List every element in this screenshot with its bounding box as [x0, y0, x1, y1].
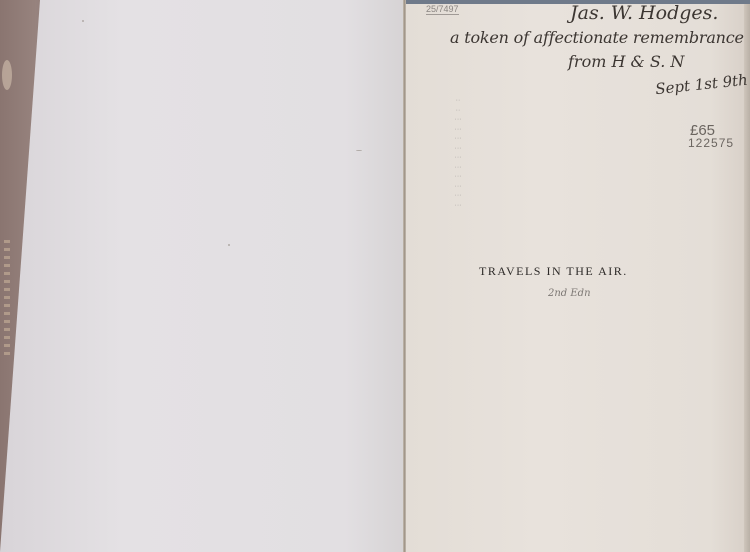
inscription-name: Jas. W. Hodges. — [570, 2, 718, 24]
pencil-mark: ··· — [446, 134, 470, 144]
inscription-line: a token of affectionate remembrance — [450, 28, 744, 47]
pencil-mark: ··· — [446, 125, 470, 135]
pencil-number-column: ·· ·· ··· ··· ··· ··· ··· ··· ··· ··· ··… — [446, 96, 470, 210]
pencil-mark: ··· — [446, 144, 470, 154]
pencil-mark: ··· — [446, 172, 470, 182]
edition-note: 2nd Edn — [548, 288, 591, 299]
pencil-mark: ··· — [446, 153, 470, 163]
pencil-mark: ·· — [446, 106, 470, 116]
pencil-mark: ··· — [446, 191, 470, 201]
left-endpaper — [0, 0, 406, 552]
pencil-mark: ··· — [446, 201, 470, 211]
paper-speck — [82, 20, 84, 22]
inscription-line: from H & S. N — [568, 52, 684, 71]
cover-wear-mark — [2, 60, 12, 90]
cover-wear-mark — [4, 240, 10, 360]
paper-speck — [356, 150, 362, 151]
paper-speck — [228, 244, 230, 246]
stock-number: 122575 — [688, 136, 734, 150]
pencil-mark: ·· — [446, 96, 470, 106]
pencil-mark: ··· — [446, 115, 470, 125]
accession-note: 25/7497 — [426, 4, 459, 15]
pencil-mark: ··· — [446, 182, 470, 192]
pencil-mark: ··· — [446, 163, 470, 173]
book-title: TRAVELS IN THE AIR. — [479, 264, 628, 279]
